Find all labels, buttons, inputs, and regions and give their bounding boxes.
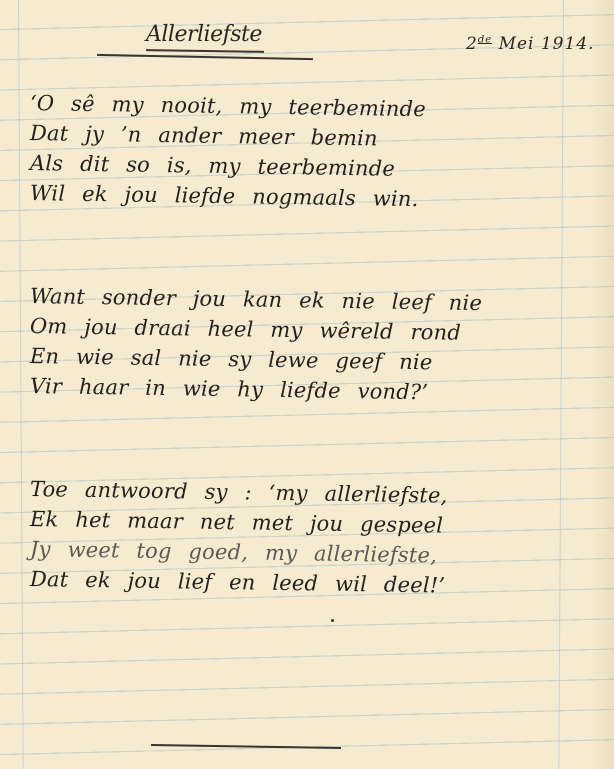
date-day: 2 — [466, 34, 478, 54]
stanza-3: Toe antwoord sy : ‘my allerliefste, Ek h… — [30, 474, 448, 594]
date-month-year: Mei 1914. — [499, 34, 595, 54]
notebook-page: Allerliefste 2de Mei 1914. ‘O sê my nooi… — [0, 0, 614, 769]
title-underline-short — [146, 49, 264, 53]
ink-dot — [331, 619, 334, 622]
poem-date: 2de Mei 1914. — [466, 34, 595, 54]
title-underline-long — [97, 54, 313, 60]
stanza-1: ‘O sê my nooit, my teerbeminde Dat jy ’n… — [30, 88, 426, 208]
poem-line: Vir haar in wie hy liefde vond?’ — [30, 371, 483, 408]
date-day-suffix: de — [478, 34, 492, 45]
right-margin-line — [558, 0, 564, 769]
poem-line: Wil ek jou liefde nogmaals win. — [30, 178, 426, 214]
poem-title: Allerliefste — [146, 22, 262, 47]
end-rule-line — [151, 744, 341, 749]
left-margin-line — [18, 0, 24, 769]
stanza-2: Want sonder jou kan ek nie leef nie Om j… — [30, 281, 482, 401]
poem-line: Dat ek jou lief en leed wil deel!’ — [30, 564, 448, 601]
